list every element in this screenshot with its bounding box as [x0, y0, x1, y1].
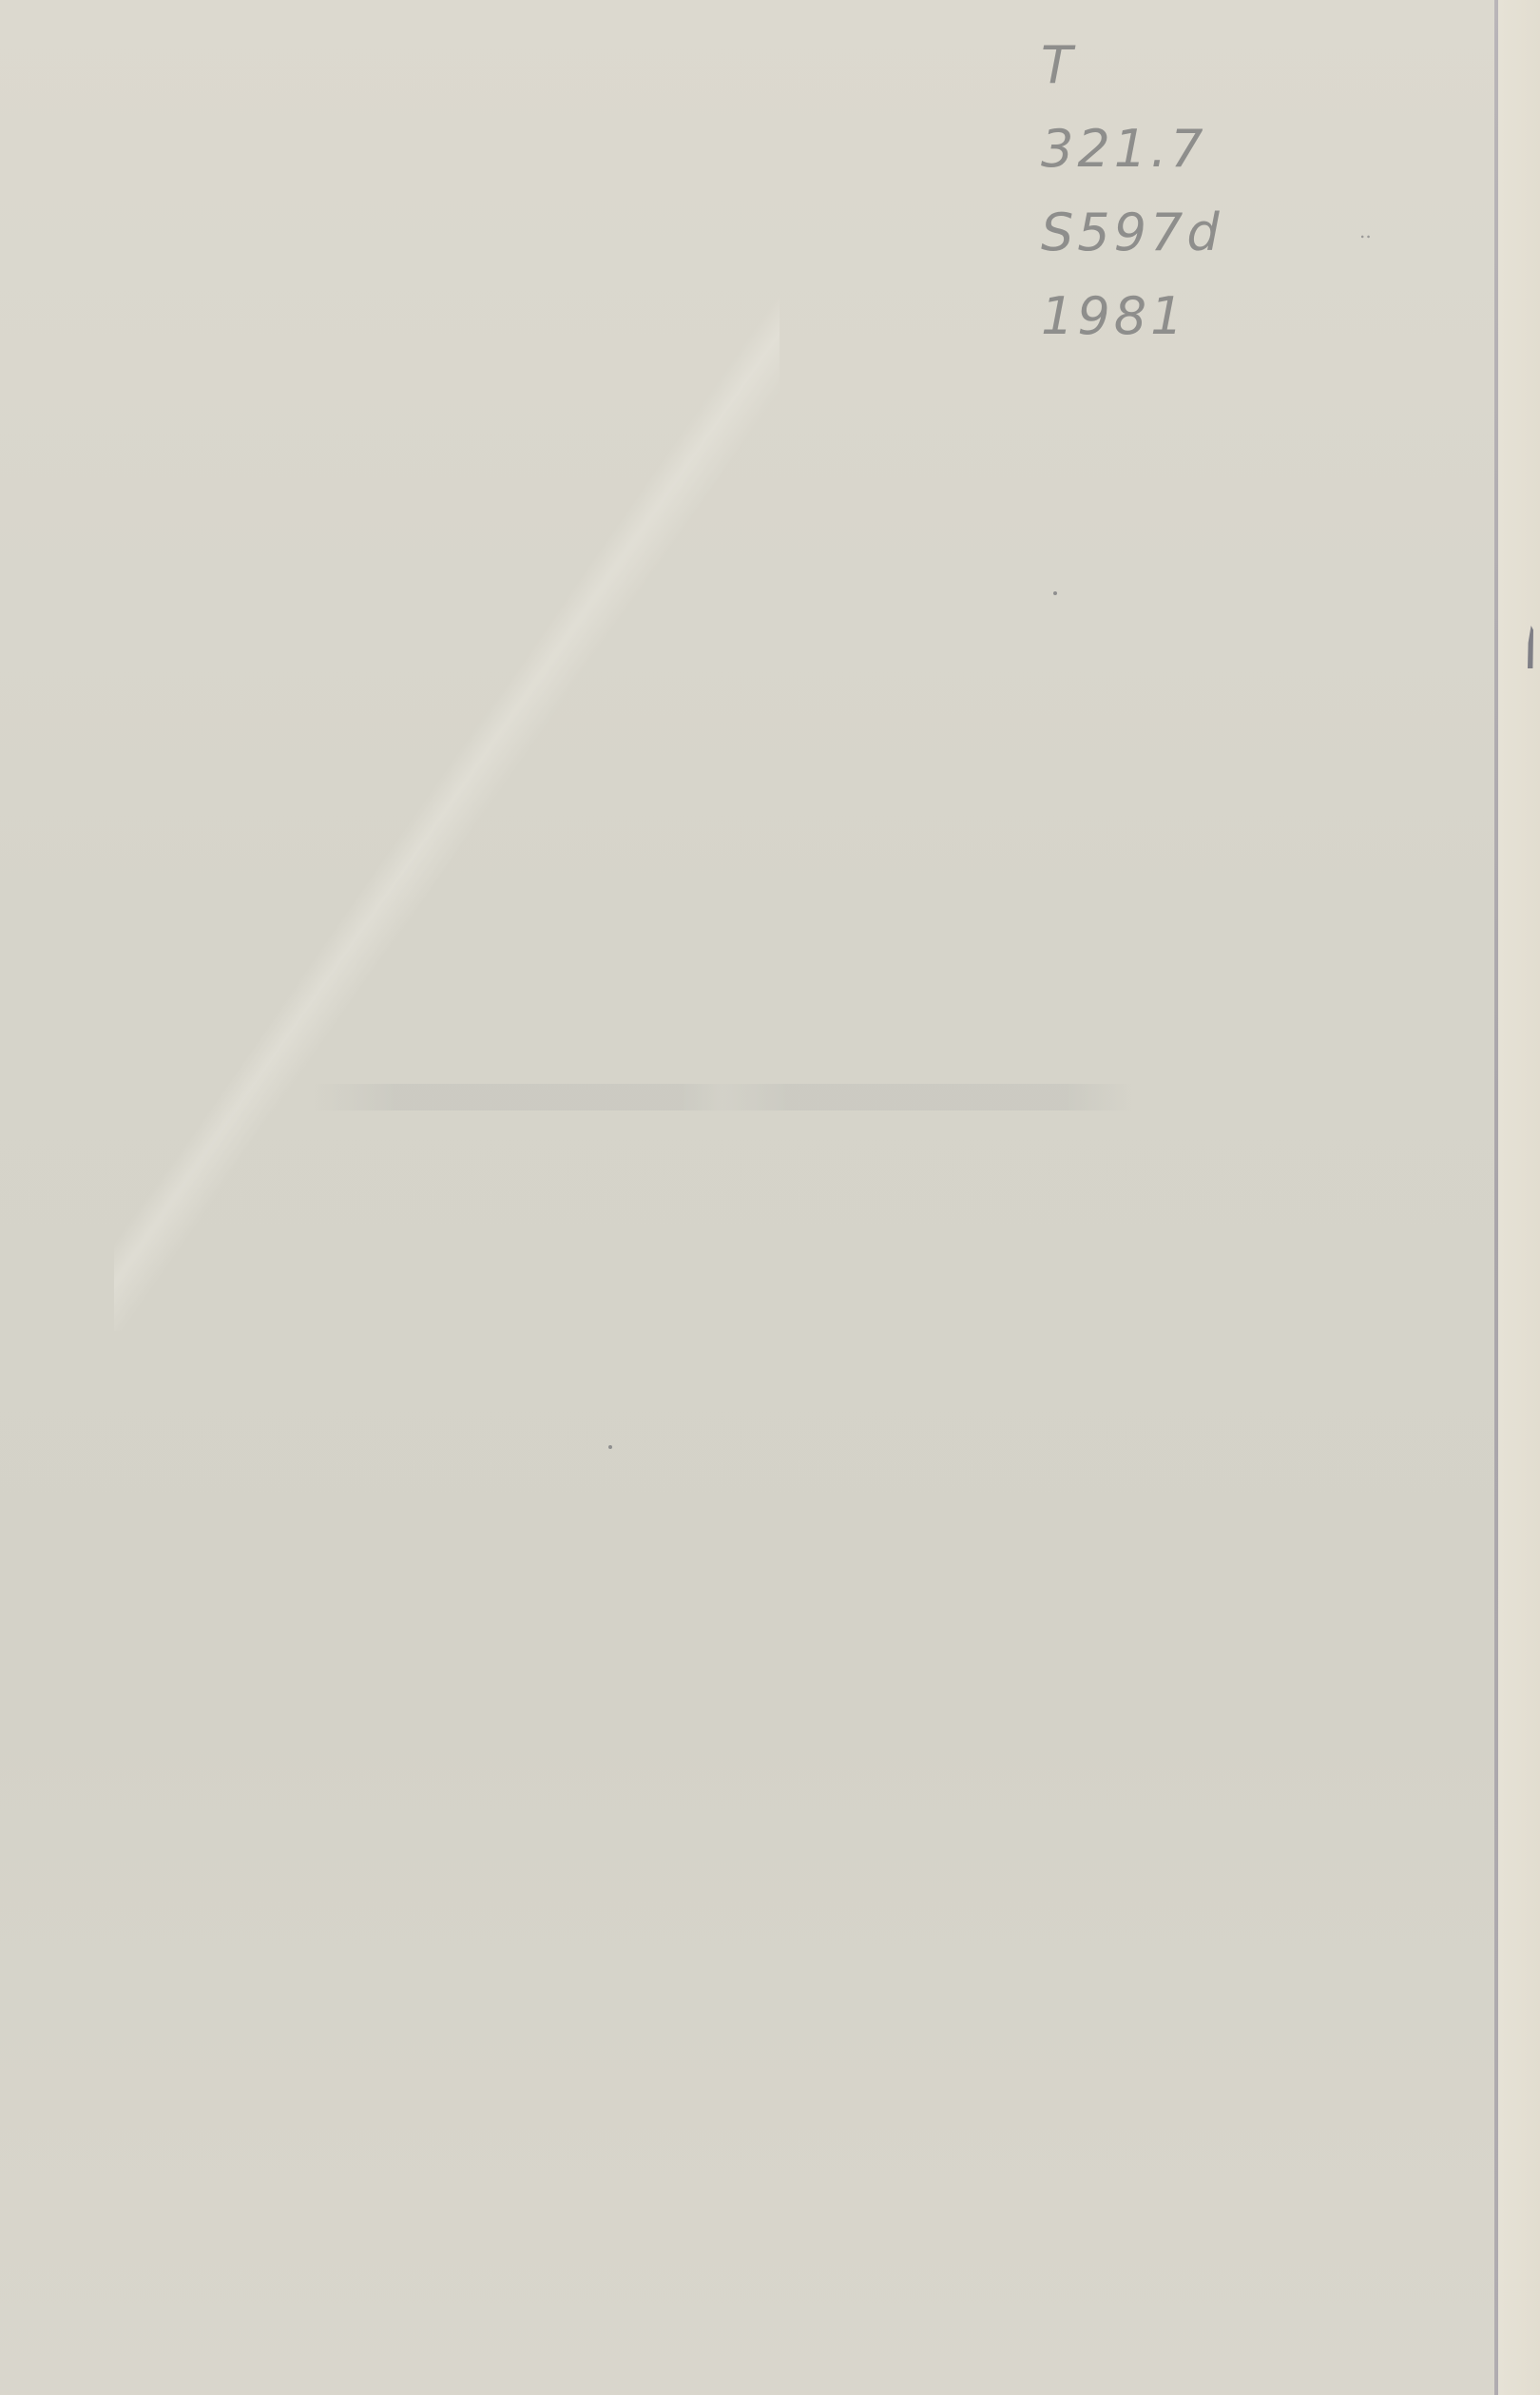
endpaper-page: T 321.7 S597d 1981 ..	[0, 0, 1497, 2395]
speck	[1053, 591, 1057, 595]
handwritten-call-number: T 321.7 S597d 1981	[1041, 24, 1223, 358]
adjacent-page-edge	[1498, 0, 1540, 2395]
paper-crease	[114, 285, 780, 1331]
speck	[608, 1445, 612, 1449]
pencil-mark: ..	[1359, 228, 1378, 234]
call-number-line-3: S597d	[1041, 191, 1223, 275]
bleed-through-text	[314, 1084, 1131, 1111]
call-number-line-4: 1981	[1041, 275, 1223, 358]
call-number-line-2: 321.7	[1041, 107, 1223, 191]
call-number-line-1: T	[1041, 24, 1223, 107]
